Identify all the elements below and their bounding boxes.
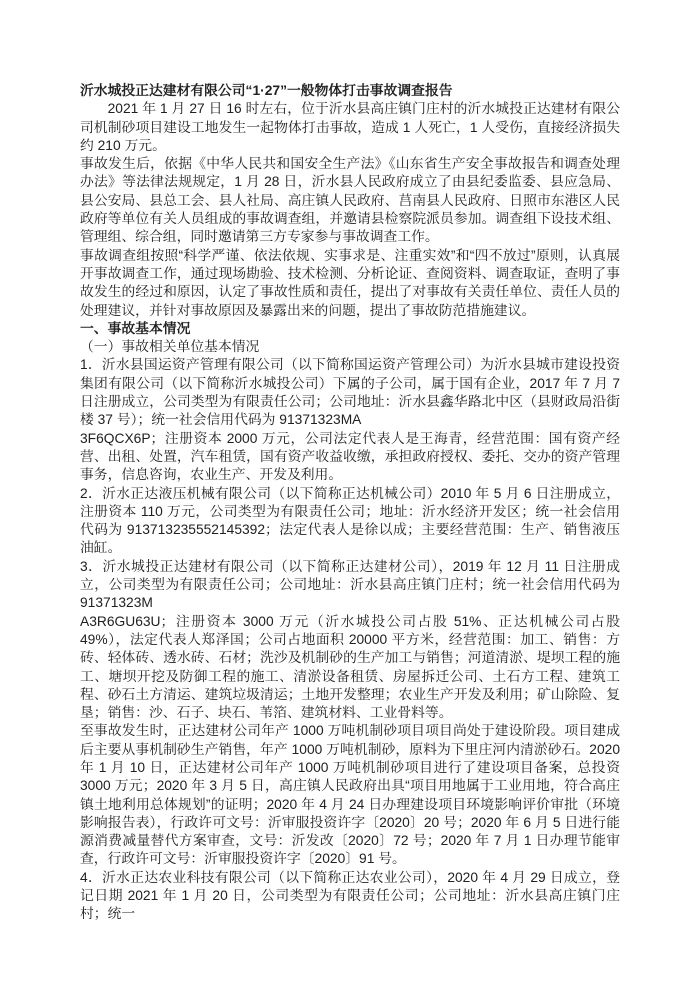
paragraph: A3R6GU63U；注册资本 3000 万元（沂水城投公司占股 51%、正达机械… bbox=[80, 613, 620, 723]
paragraph: 2．沂水正达液压机械有限公司（以下简称正达机械公司）2010 年 5 月 6 日… bbox=[80, 485, 620, 558]
paragraph: 事故调查组按照“科学严谨、依法依规、实事求是、注重实效”和“四不放过”原则，认真… bbox=[80, 247, 620, 320]
paragraph: 3．沂水城投正达建材有限公司（以下简称正达建材公司），2019 年 12 月 1… bbox=[80, 558, 620, 613]
paragraph: 2021 年 1 月 27 日 16 时左右，位于沂水县高庄镇门庄村的沂水城投正… bbox=[80, 100, 620, 155]
paragraph: 3F6QCX6P；注册资本 2000 万元，公司法定代表人是王海青，经营范围：国… bbox=[80, 430, 620, 485]
paragraph: 1．沂水县国运资产管理有限公司（以下简称国运资产管理公司）为沂水县城市建设投资集… bbox=[80, 356, 620, 429]
paragraph: 至事故发生时，正达建材公司年产 1000 万吨机制砂项目项目尚处于建设阶段。项目… bbox=[80, 722, 620, 868]
paragraph: 4．沂水正达农业科技有限公司（以下简称正达农业公司），2020 年 4 月 29… bbox=[80, 869, 620, 924]
section-heading: 一、事故基本情况 bbox=[80, 320, 620, 338]
sub-section-heading: （一）事故相关单位基本情况 bbox=[80, 338, 620, 356]
paragraph: 事故发生后，依据《中华人民共和国安全生产法》《山东省生产安全事故报告和调查处理办… bbox=[80, 155, 620, 246]
document-title: 沂水城投正达建材有限公司“1·27”一般物体打击事故调查报告 bbox=[80, 82, 620, 100]
document-page: 沂水城投正达建材有限公司“1·27”一般物体打击事故调查报告2021 年 1 月… bbox=[80, 82, 620, 924]
